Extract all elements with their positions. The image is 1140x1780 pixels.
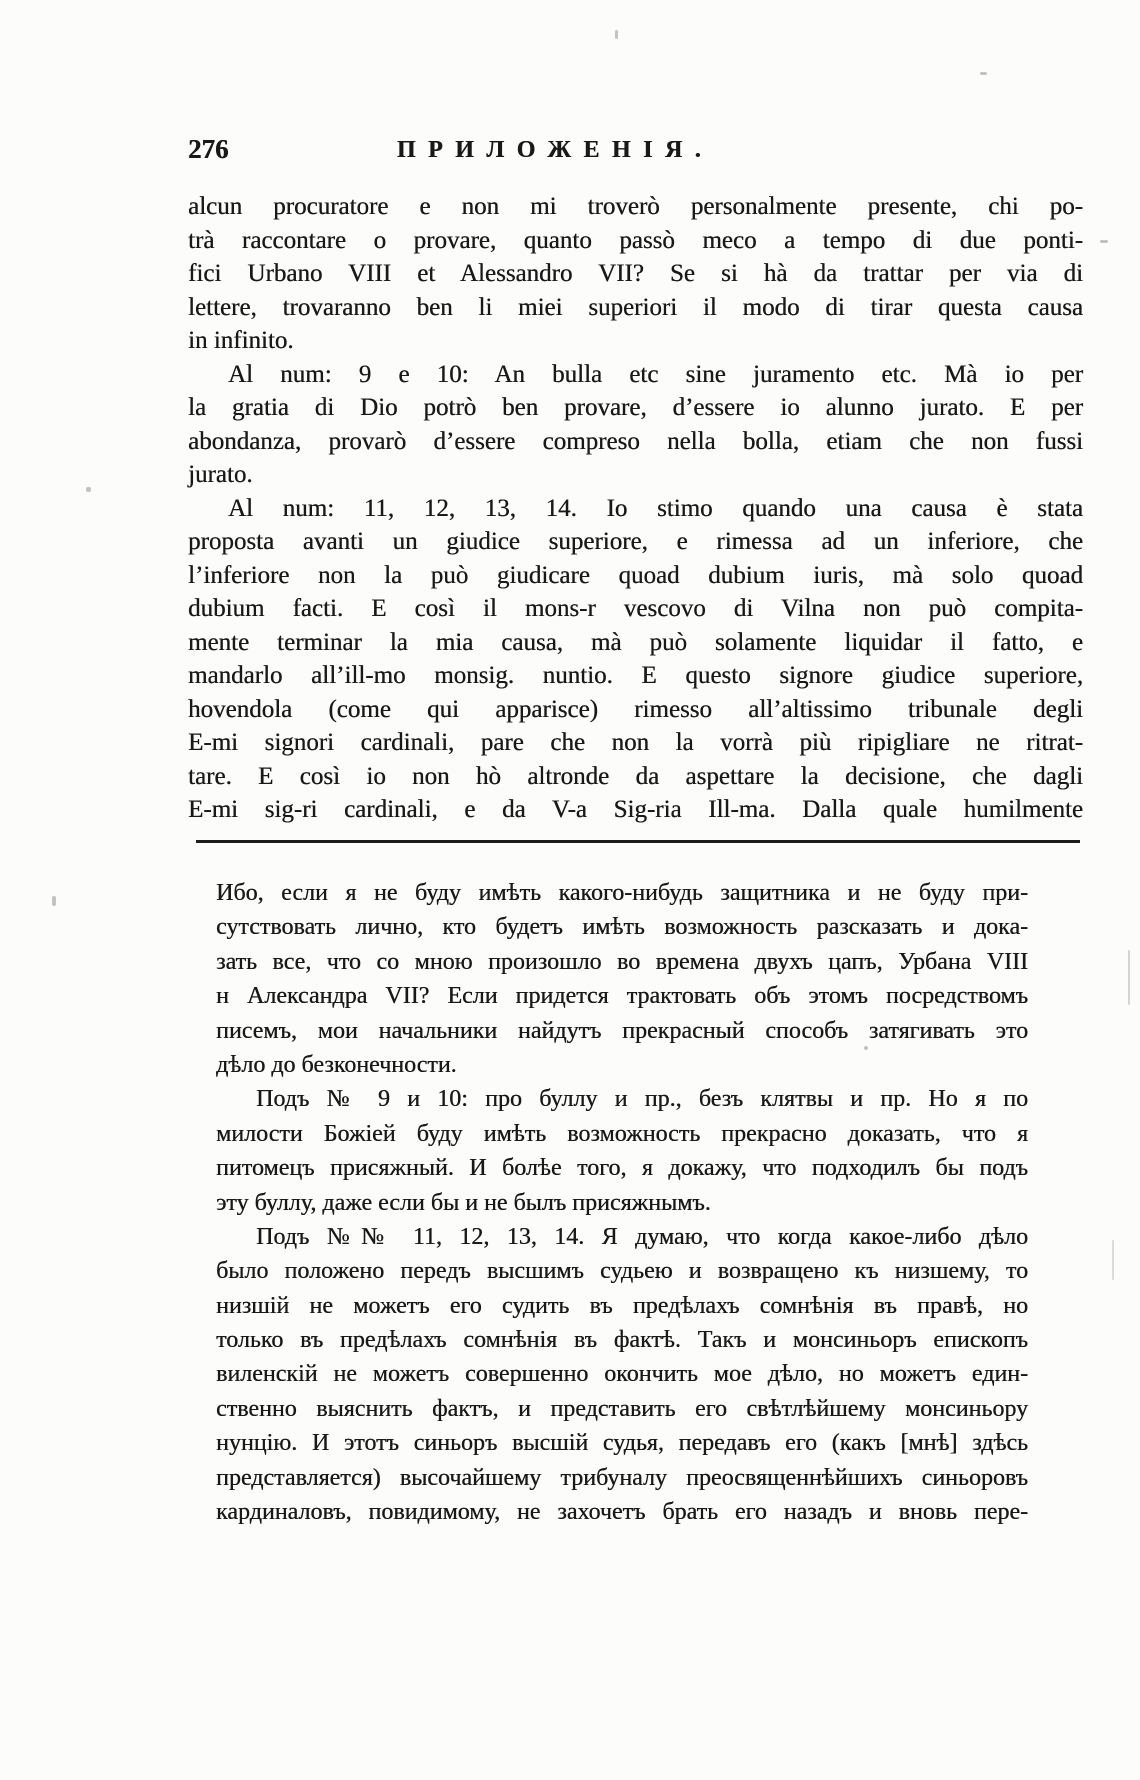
- text-line: fici Urbano VIII et Alessandro VII? Se s…: [188, 257, 1083, 291]
- text-line: trà raccontare o provare, quanto passò m…: [188, 224, 1083, 258]
- text-line: lettere, trovaranno ben li miei superior…: [188, 291, 1083, 325]
- scan-speck: [86, 487, 91, 492]
- scan-speck: [864, 1046, 868, 1050]
- text-line: дѣло до безконечности.: [216, 1048, 1028, 1082]
- text-line: Подъ №№ 11, 12, 13, 14. Я думаю, что ког…: [216, 1220, 1028, 1254]
- text-line: abondanza, provarò d’essere compreso nel…: [188, 425, 1083, 459]
- text-line: виленскій не можетъ совершенно окончить …: [216, 1357, 1028, 1391]
- text-line: милости Божіей буду имѣть возможность пр…: [216, 1117, 1028, 1151]
- text-line: dubium facti. E così il mons-r vescovo d…: [188, 592, 1083, 626]
- scan-speck: [1100, 240, 1108, 243]
- book-page: 276 ПРИЛОЖЕНІЯ. alcun procuratore e non …: [0, 0, 1140, 1780]
- text-line: proposta avanti un giudice superiore, e …: [188, 525, 1083, 559]
- text-line: было положено передъ высшимъ судьею и во…: [216, 1254, 1028, 1288]
- text-line: E-mi sig-ri cardinali, e da V-a Sig-ria …: [188, 793, 1083, 827]
- scan-speck: [52, 896, 56, 906]
- text-line: mente terminar la mia causa, mà può sola…: [188, 626, 1083, 660]
- text-line: tare. E così io non hò altronde da aspet…: [188, 760, 1083, 794]
- text-line: hovendola (come qui apparisce) rimesso a…: [188, 693, 1083, 727]
- text-line: Ибо, если я не буду имѣть какого-нибудь …: [216, 876, 1028, 910]
- separator-rule: [196, 840, 1080, 843]
- text-line: alcun procuratore e non mi troverò perso…: [188, 190, 1083, 224]
- text-line: кардиналовъ, повидимому, не захочетъ бра…: [216, 1495, 1028, 1529]
- text-line: Al num: 11, 12, 13, 14. Io stimo quando …: [188, 492, 1083, 526]
- text-line: jurato.: [188, 458, 1083, 492]
- text-line: писемъ, мои начальники найдутъ прекрасны…: [216, 1014, 1028, 1048]
- text-line: представляется) высочайшему трибуналу пр…: [216, 1461, 1028, 1495]
- text-line: in infinito.: [188, 324, 1083, 358]
- text-line: la gratia di Dio potrò ben provare, d’es…: [188, 391, 1083, 425]
- text-line: l’inferiore non la può giudicare quoad d…: [188, 559, 1083, 593]
- text-line: E-mi signori cardinali, pare che non la …: [188, 726, 1083, 760]
- scan-speck: [1112, 1240, 1114, 1280]
- text-line: mandarlo all’ill-mo monsig. nuntio. E qu…: [188, 659, 1083, 693]
- scan-speck: [980, 72, 987, 75]
- russian-text-block: Ибо, если я не буду имѣть какого-нибудь …: [216, 876, 1028, 1529]
- text-line: Подъ № 9 и 10: про буллу и пр., безъ кля…: [216, 1082, 1028, 1116]
- italian-text-block: alcun procuratore e non mi troverò perso…: [188, 190, 1083, 827]
- text-line: ственно выяснить фактъ, и представить ег…: [216, 1392, 1028, 1426]
- text-line: эту буллу, даже если бы и не былъ присяж…: [216, 1186, 1028, 1220]
- text-line: Al num: 9 e 10: An bulla etc sine jurame…: [188, 358, 1083, 392]
- text-line: только въ предѣлахъ сомнѣнія въ фактѣ. Т…: [216, 1323, 1028, 1357]
- text-line: н Александра VII? Если придется трактова…: [216, 979, 1028, 1013]
- scan-speck: [1128, 950, 1130, 1005]
- text-line: питомецъ присяжный. И болѣе того, я дока…: [216, 1151, 1028, 1185]
- scan-speck: [615, 30, 618, 39]
- page-header: 276 ПРИЛОЖЕНІЯ.: [0, 134, 1140, 168]
- running-title: ПРИЛОЖЕНІЯ.: [0, 136, 1110, 164]
- text-line: низшій не можетъ его судить въ предѣлахъ…: [216, 1289, 1028, 1323]
- text-line: зать все, что со мною произошло во време…: [216, 945, 1028, 979]
- text-line: сутствовать лично, кто будетъ имѣть возм…: [216, 910, 1028, 944]
- text-line: нунцію. И этотъ синьоръ высшій судья, пе…: [216, 1426, 1028, 1460]
